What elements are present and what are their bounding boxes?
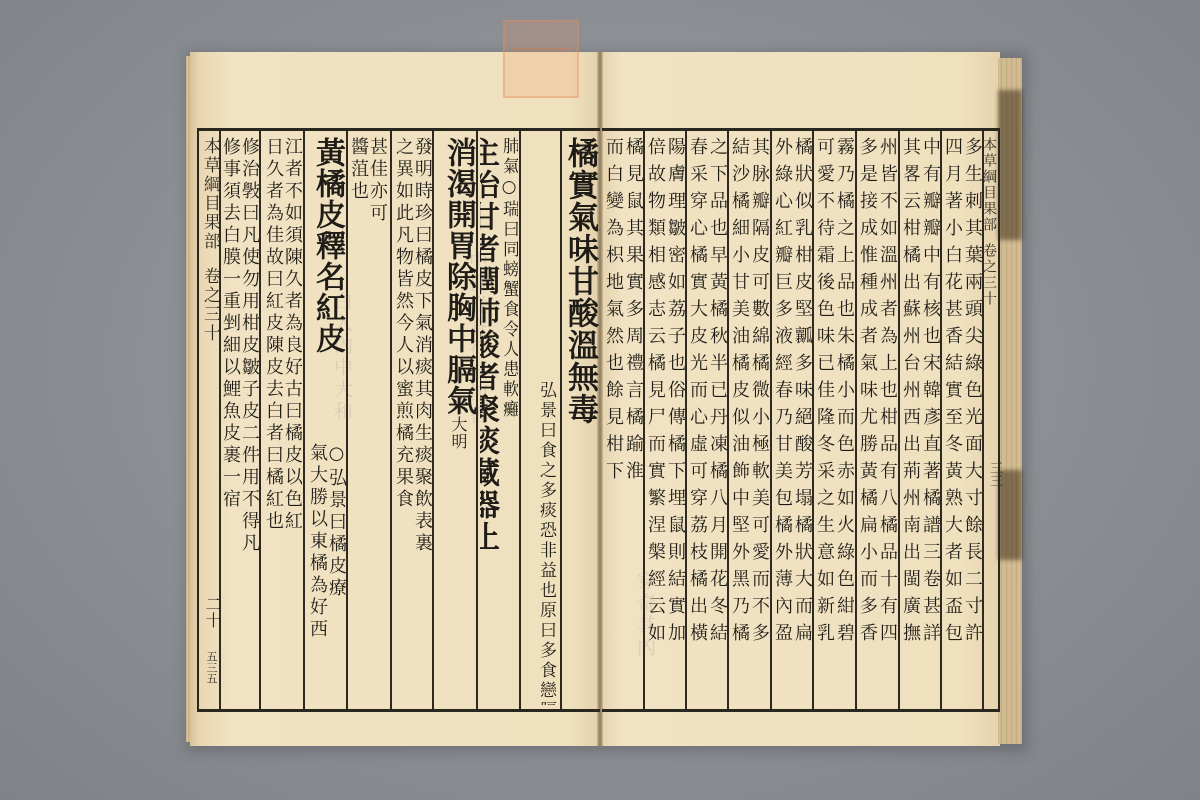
column-quench-thirst: 消渴開胃除胸中膈氣大明 [437, 137, 477, 705]
text-column: 其脉瓣隔皮可數綿橘微小極軟美可愛而不多 結沙橘細小甘美油橘皮似油飾中堅外黑乃橘 [729, 137, 769, 705]
margin-volume: 卷之三十 [984, 243, 997, 307]
column-rule [390, 131, 392, 709]
text-line: 其脉瓣隔皮可數綿橘微小極軟美可愛而不多 [749, 137, 769, 705]
right-page-frame: 穿奇其內 本草綱目果部卷之三十 三三 多生刺其葉兩頭尖綠色光面大寸餘長二寸許 四… [602, 128, 1000, 712]
text-column: 霧乃橘之上品也朱橘小而色赤如火綠色紺碧 可愛不待霜後色味已佳隆冬采之生意如新乳 [814, 137, 854, 705]
margin-folio-number: 三三 [985, 461, 1004, 487]
text-line: 外綠心紅瓣巨多液經春乃甘美包橘外薄內盈 [772, 137, 792, 705]
text-line: 四月著小白花甚香結實至冬黃熟大者如盃包 [942, 137, 962, 705]
left-page-frame: 中擬從脊行枝節香 白入內中大和 橘實氣味甘酸溫無毒 弘景曰食之多痰恐非益也原曰多… [197, 128, 600, 712]
text-line: 而白變為枳地氣然也餘見柑下 [603, 137, 623, 705]
annotation-line: 發明時珍曰橘皮下氣消痰其肉生痰聚飲表裏 [413, 137, 432, 705]
column-orange-fruit-cont: 肺氣○瑞曰同螃蟹食令人患軟癱 主治甘者潤肺酸者聚痰藏器止 [480, 137, 518, 705]
annotation-pair: ○弘景曰橘皮療 氣大勝以東橘為好西 [306, 443, 346, 705]
text-line: 多生刺其葉兩頭尖綠色光面大寸餘長二寸許 [962, 137, 982, 705]
annotation-line: ○弘景曰橘皮療 [327, 443, 346, 705]
annotation-line: 醬菹也 [349, 137, 368, 705]
annotation-line: 肺氣○瑞曰同螃蟹食令人患軟癱 [499, 137, 518, 317]
annotation-line: 修治斅曰凡使勿用柑皮皺子皮二件用不得凡 [240, 137, 259, 705]
text-line: 多是接成惟種成者氣味尤勝黃橘扁小而多香 [857, 137, 877, 705]
heading-text: 橘實氣味甘酸溫無毒 [561, 137, 599, 705]
text-line: 陽膚理皺密如荔子也俗傳橘下埋鼠則結實加 [665, 137, 685, 705]
annotation-line: 甚佳亦可 [368, 137, 387, 705]
text-line: 中有瓣瓣中有核也宋韓彥直著橘譜三卷甚詳 [920, 137, 940, 705]
text-line: 州皆不如溫州者為上也柑品有八橘品十有四 [877, 137, 897, 705]
column-rule [432, 131, 434, 709]
column-rule [303, 131, 305, 709]
main-text: 主治甘者潤肺酸者聚痰藏器止 [480, 137, 499, 553]
annotation-line: 弘景曰食之多痰恐非益也原曰多食戀膈生痰滯 [534, 381, 559, 705]
annotation-pair: 弘景曰食之多痰恐非益也原曰多食戀膈生痰滯 [521, 381, 559, 705]
annotation-line: 之異如此凡物皆然今人以蜜煎橘充果食 [394, 137, 413, 705]
text-column: 州皆不如溫州者為上也柑品有八橘品十有四 多是接成惟種成者氣味尤勝黃橘扁小而多香 [857, 137, 897, 705]
text-column: 中有瓣瓣中有核也宋韓彥直著橘譜三卷甚詳 其畧云柑橘出蘇州台州西出荊州南出閩廣撫 [900, 137, 940, 705]
text-line: 之下品也早黃橘秋半已丹凍橘八月開花冬結 [707, 137, 727, 705]
text-column: 橘狀似乳柑皮堅瓤多味絕酸芳塌橘狀大而扁 外綠心紅瓣巨多液經春乃甘美包橘外薄內盈 [772, 137, 812, 705]
column-rule [259, 131, 261, 709]
margin-book-title: 本草綱目果部 [984, 137, 997, 233]
text-column: 橘見鼠其果實多周禮言橘踰淮 而白變為枳地氣然也餘見柑下 [603, 137, 643, 705]
text-column: 多生刺其葉兩頭尖綠色光面大寸餘長二寸許 四月著小白花甚香結實至冬黃熟大者如盃包 [942, 137, 982, 705]
annotation-line: 日久者為佳故曰紅皮陳皮去白者曰橘紅也 [264, 137, 283, 705]
annotation-line: 氣大勝以東橘為好西 [308, 443, 327, 705]
text-line: 橘狀似乳柑皮堅瓤多味絕酸芳塌橘狀大而扁 [792, 137, 812, 705]
edge-stain [998, 90, 1022, 240]
red-seal-stamp [503, 20, 579, 98]
column-rule [346, 131, 348, 709]
column-sauce: 甚佳亦可 醬菹也 [349, 137, 387, 705]
source-note: 大明 [449, 416, 468, 450]
text-line: 霧乃橘之上品也朱橘小而色赤如火綠色紺碧 [834, 137, 854, 705]
text-line: 橘見鼠其果實多周禮言橘踰淮 [623, 137, 643, 705]
heading-text: 黃橘皮釋名紅皮 [310, 137, 345, 354]
text-column: 之下品也早黃橘秋半已丹凍橘八月開花冬結 春采穿心橘實大皮光而心虛可穿荔枝橘出橫 [687, 137, 727, 705]
margin-book-title: 本草綱目果部 [200, 137, 219, 251]
text-line: 倍故物類相感志云橘見尸而實繁涅槃經云如 [645, 137, 665, 705]
margin-title: 本草綱目果部卷之三十 [984, 137, 998, 705]
column-explanation: 發明時珍曰橘皮下氣消痰其肉生痰聚飲表裏 之異如此凡物皆然今人以蜜煎橘充果食 [394, 137, 432, 705]
column-aged-peel: 江者不如須陳久者為良好古曰橘皮以色紅 日久者為佳故曰紅皮陳皮去白者曰橘紅也 [262, 137, 302, 705]
annotation-line: 江者不如須陳久者為良好古曰橘皮以色紅 [283, 137, 302, 705]
text-line: 可愛不待霜後色味已佳隆冬采之生意如新乳 [814, 137, 834, 705]
margin-bottom-mark: 五三五 [203, 651, 219, 684]
text-column: 陽膚理皺密如荔子也俗傳橘下埋鼠則結實加 倍故物類相感志云橘見尸而實繁涅槃經云如 [645, 137, 685, 705]
text-line: 結沙橘細小甘美油橘皮似油飾中堅外黑乃橘 [729, 137, 749, 705]
margin-volume: 卷之三十 [200, 267, 219, 343]
margin-folio-number: 二十 [201, 596, 224, 628]
text-line: 春采穿心橘實大皮光而心虛可穿荔枝橘出橫 [687, 137, 707, 705]
column-preparation: 修治斅曰凡使勿用柑皮皺子皮二件用不得凡 修事須去白膜一重剉細以鯉魚皮裹一宿 [221, 137, 259, 705]
main-text: 消渴開胃除胸中膈氣 [441, 137, 476, 416]
text-line: 其畧云柑橘出蘇州台州西出荊州南出閩廣撫 [900, 137, 920, 705]
